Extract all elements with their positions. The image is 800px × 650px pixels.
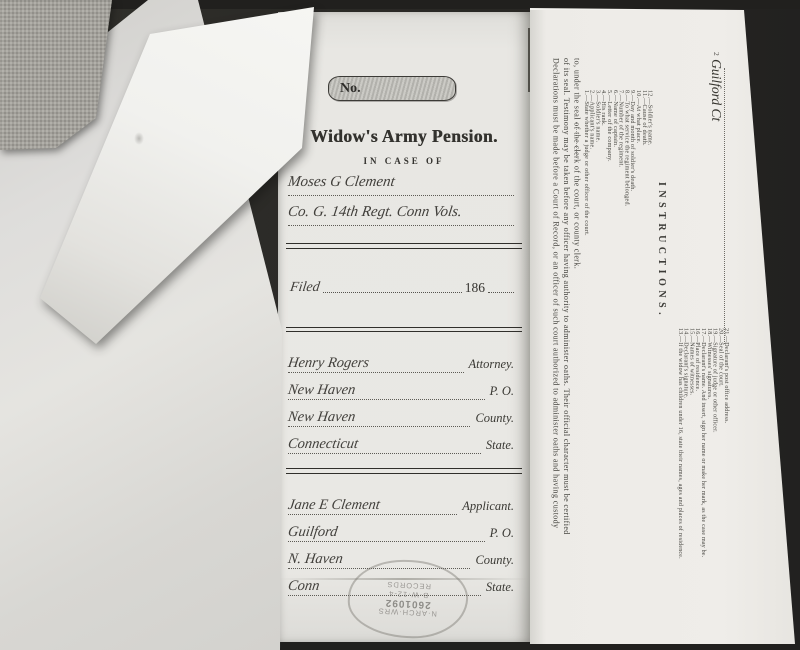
no-label: No.: [329, 81, 361, 97]
document-scan: No. Widow's Army Pension. IN CASE OF Mos…: [0, 0, 800, 650]
case-number-box: No.: [328, 76, 456, 101]
state-label: State.: [486, 438, 514, 454]
county-label: County.: [475, 411, 514, 427]
dotted-leader: [488, 291, 514, 293]
annotation-text: Guilford Ct: [709, 59, 724, 121]
dotted-leader: [323, 291, 462, 293]
dotted-write-line: [724, 68, 725, 344]
instructions-items-1-12: 1.—State whether a judge or other office…: [583, 90, 653, 326]
binding-stitch: [528, 28, 530, 92]
county-label: County.: [475, 553, 514, 569]
annotation-number: 2: [712, 52, 721, 56]
pencil-smudge: [134, 132, 144, 145]
instructions-items-13-21: 13.—If the widow has children under 16, …: [676, 328, 728, 646]
po-label: P. O.: [490, 384, 514, 400]
po-label: P. O.: [490, 526, 514, 542]
applicant-label: Applicant.: [462, 499, 514, 515]
filed-year: 186: [462, 280, 488, 296]
handwritten-annotation-guilford: 2 Guilford Ct: [708, 52, 724, 352]
printer-imprint-mark: [576, 122, 577, 158]
folded-papers: [0, 0, 330, 650]
handwritten-margin-note: Probate & Judge of the case.: [737, 102, 793, 650]
fabric-swatch: [0, 0, 120, 160]
instructions-heading: INSTRUCTIONS.: [656, 182, 667, 420]
instructions-page: Declarations must be made before a Court…: [530, 8, 798, 644]
state-label: State.: [486, 580, 514, 596]
attorney-label: Attorney.: [469, 357, 514, 373]
